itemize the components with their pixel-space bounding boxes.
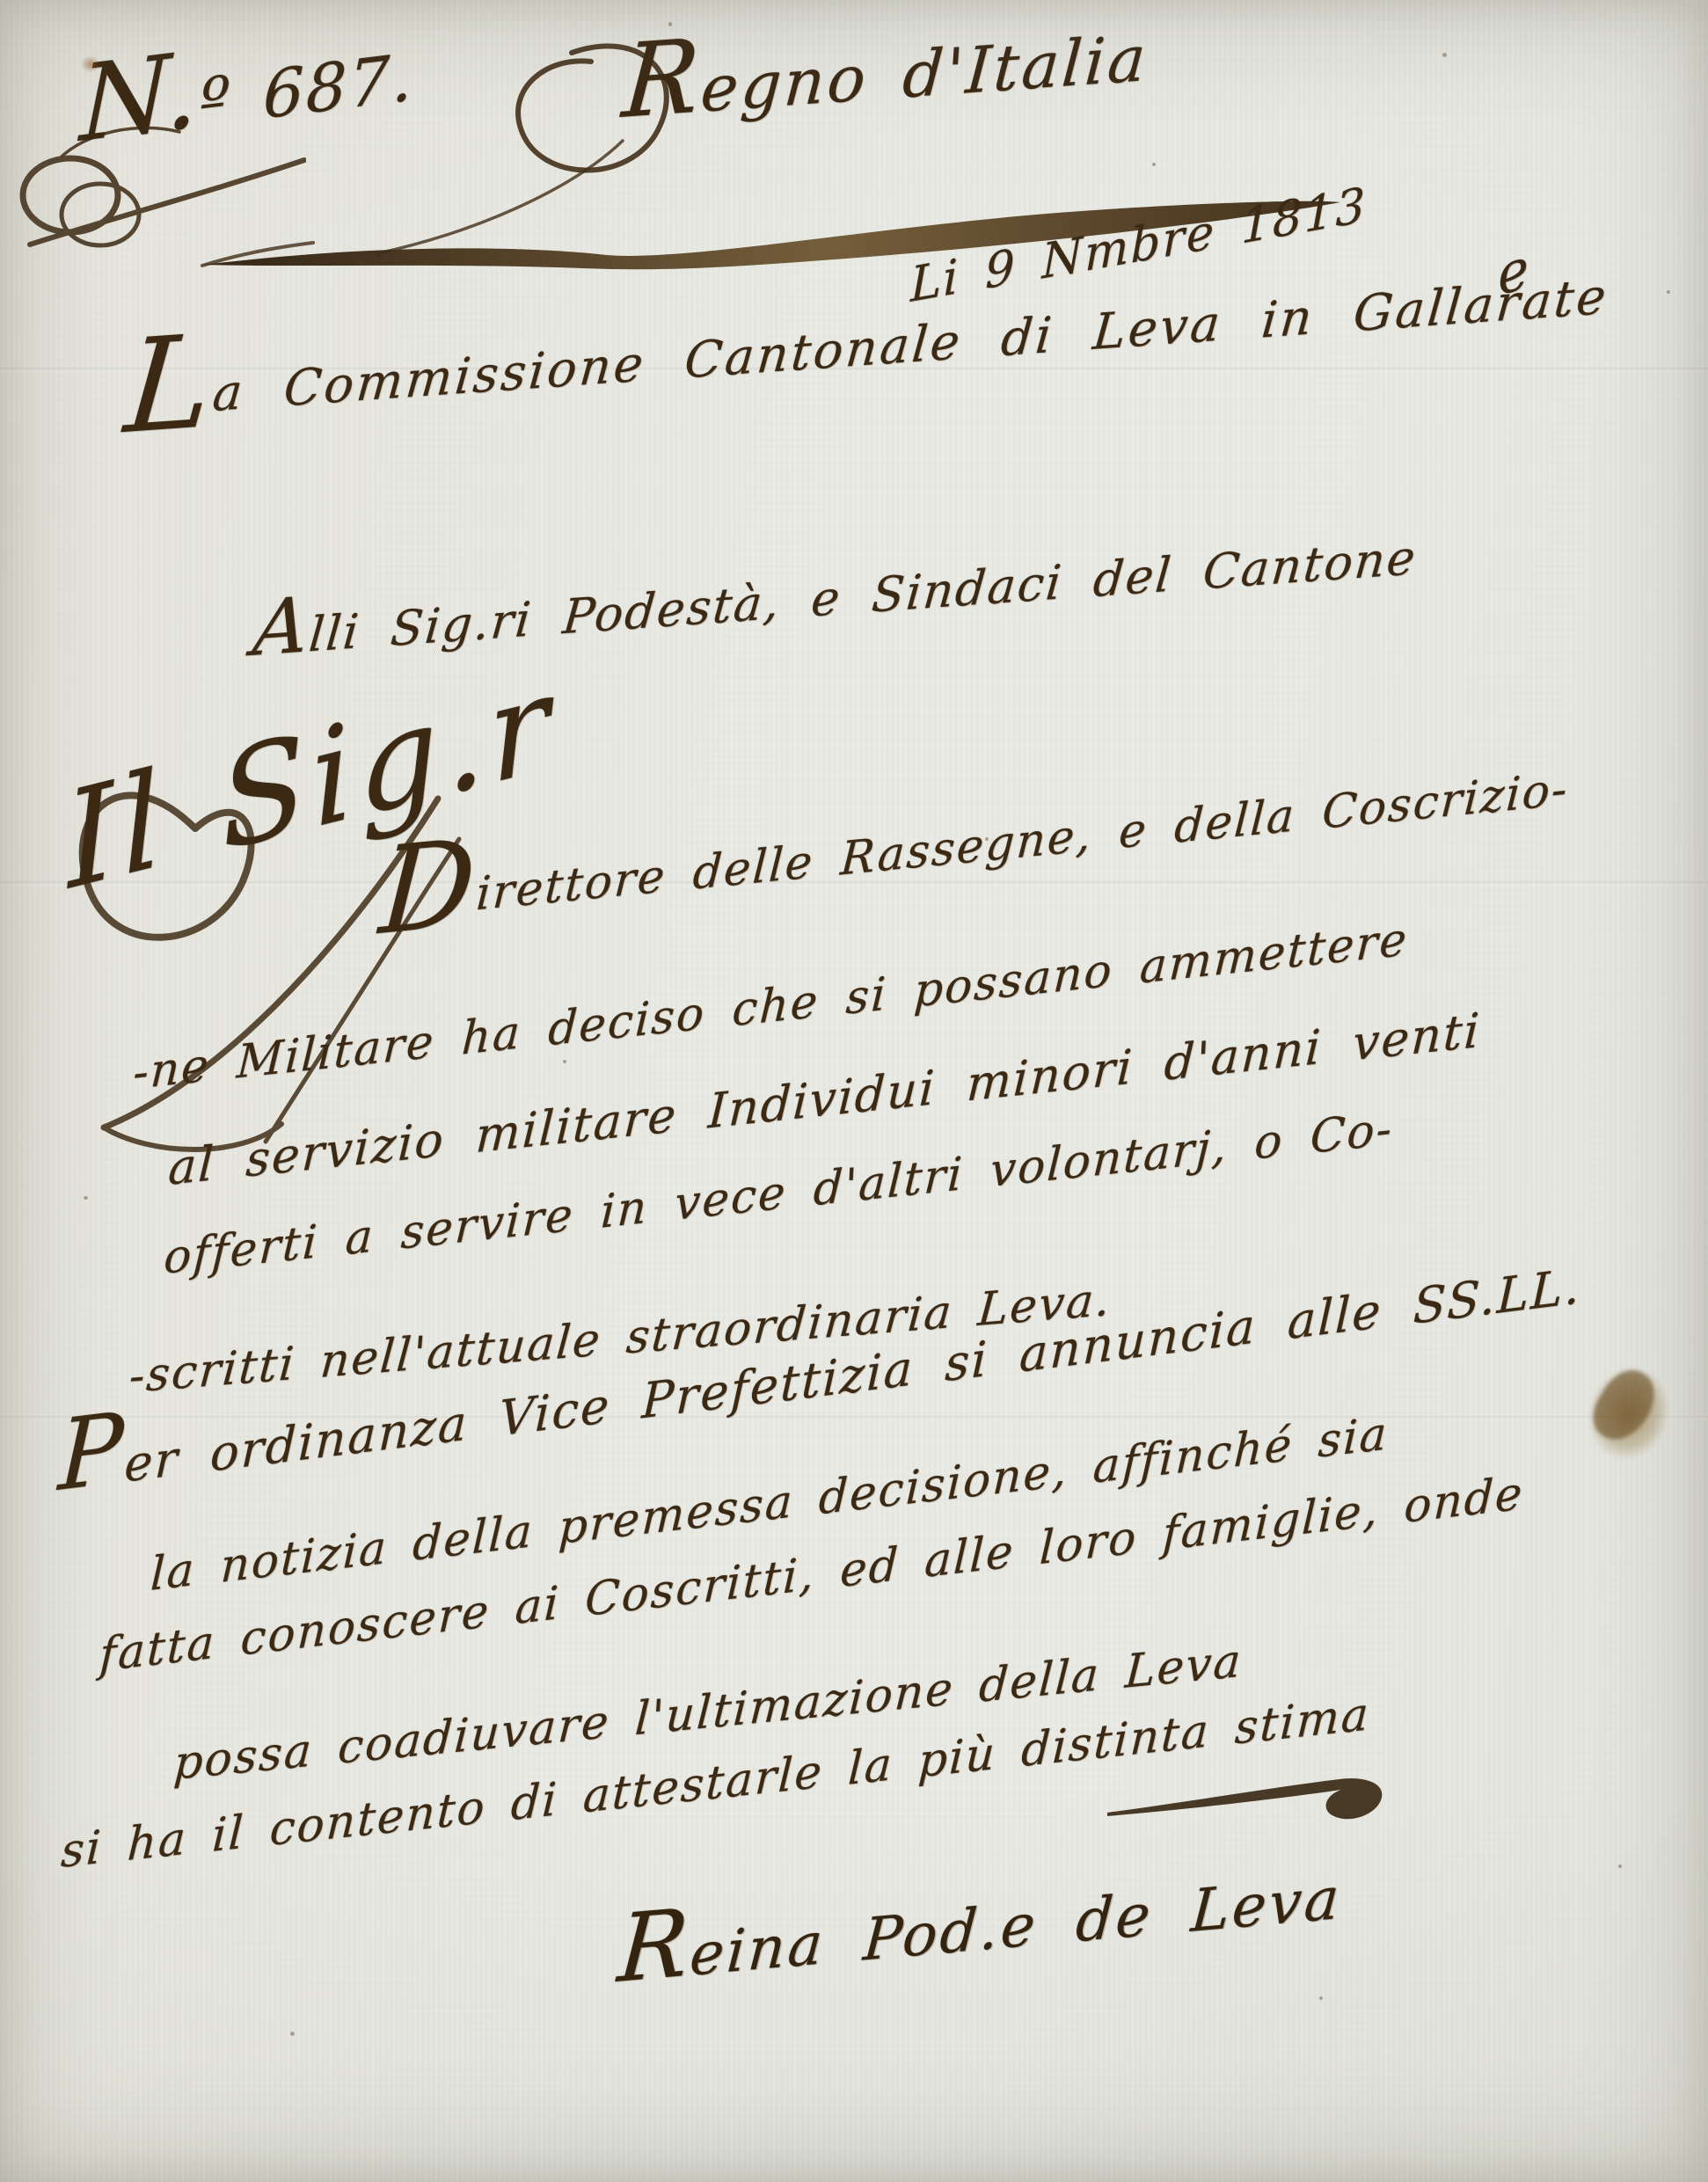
letter-title: Regno d'Italia — [620, 26, 1150, 127]
paper-speck — [290, 2032, 295, 2036]
letter-number: N.º 687. — [79, 45, 414, 151]
recipient-line: La Commissione Cantonale di Leva in Gall… — [123, 273, 1610, 426]
paper-speck — [1442, 53, 1447, 57]
ink-blot-core — [1583, 1361, 1666, 1450]
paper-speck — [1319, 1996, 1323, 2000]
signature: Reina Pod.e de Leva — [616, 1869, 1344, 1991]
paper-speck — [563, 1060, 566, 1063]
paper-speck — [1618, 1865, 1622, 1868]
paper-speck — [1667, 290, 1670, 294]
paper-speck — [1152, 163, 1156, 166]
ink-blot-stain — [1561, 1339, 1697, 1487]
recipient-line: Alli Sig.ri Podestà, e Sindaci del Canto… — [251, 534, 1419, 663]
paper-speck — [84, 1196, 88, 1200]
manuscript-page: N.º 687. Regno d'Italia Li 9 Nmbre 1813 … — [0, 0, 1708, 2182]
end-of-line-flourish — [1104, 1755, 1394, 1856]
